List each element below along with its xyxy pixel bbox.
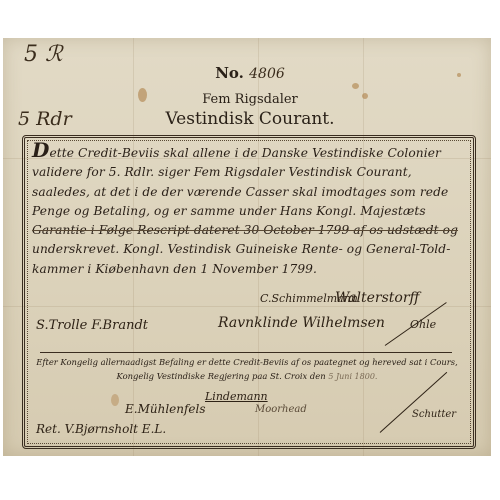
signature: Walterstorff bbox=[335, 290, 419, 306]
signature: E.Mühlenfels bbox=[125, 402, 206, 416]
body-line-struck: Garantie i Følge Rescript dateret 30 Oct… bbox=[32, 221, 462, 240]
register-note: Ret. V.Bjørnsholt E.L. bbox=[36, 422, 166, 436]
body-line: saaledes, at det i de der værende Casser… bbox=[32, 183, 462, 202]
serial-prefix: No. bbox=[215, 64, 244, 82]
heading-denomination: Fem Rigsdaler bbox=[0, 92, 500, 107]
endorsement-line2: Kongelig Vestindiske Regjering paa St. C… bbox=[32, 371, 462, 381]
note-body-text: Dette Credit-Beviis skal allene i de Dan… bbox=[32, 141, 462, 279]
endorsement-date: 5 Juni 1800. bbox=[328, 372, 377, 381]
divider-rule bbox=[40, 352, 452, 353]
endorsement-line1: Efter Kongelig allernaadigst Befaling er… bbox=[32, 357, 462, 367]
drop-cap: D bbox=[32, 138, 49, 162]
serial-value: 4806 bbox=[249, 66, 285, 82]
serial-number: No. 4806 bbox=[0, 64, 500, 82]
body-line: Penge og Betaling, og er samme under Han… bbox=[32, 202, 462, 221]
signature: Lindemann bbox=[205, 390, 268, 403]
signature: S.Trolle F.Brandt bbox=[36, 318, 148, 333]
body-line: validere for 5. Rdlr. siger Fem Rigsdale… bbox=[32, 163, 462, 182]
body-line: Dette Credit-Beviis skal allene i de Dan… bbox=[32, 141, 462, 163]
stain bbox=[352, 83, 359, 89]
signature: Ravnklinde Wilhelmsen bbox=[218, 315, 385, 331]
heading-currency: Vestindisk Courant. bbox=[0, 109, 500, 129]
signature: Schutter bbox=[412, 409, 456, 420]
signature: Moorhead bbox=[255, 404, 307, 415]
body-line: kammer i Kiøbenhavn den 1 November 1799. bbox=[32, 260, 462, 279]
body-line: underskrevet. Kongl. Vestindisk Guineisk… bbox=[32, 240, 462, 259]
